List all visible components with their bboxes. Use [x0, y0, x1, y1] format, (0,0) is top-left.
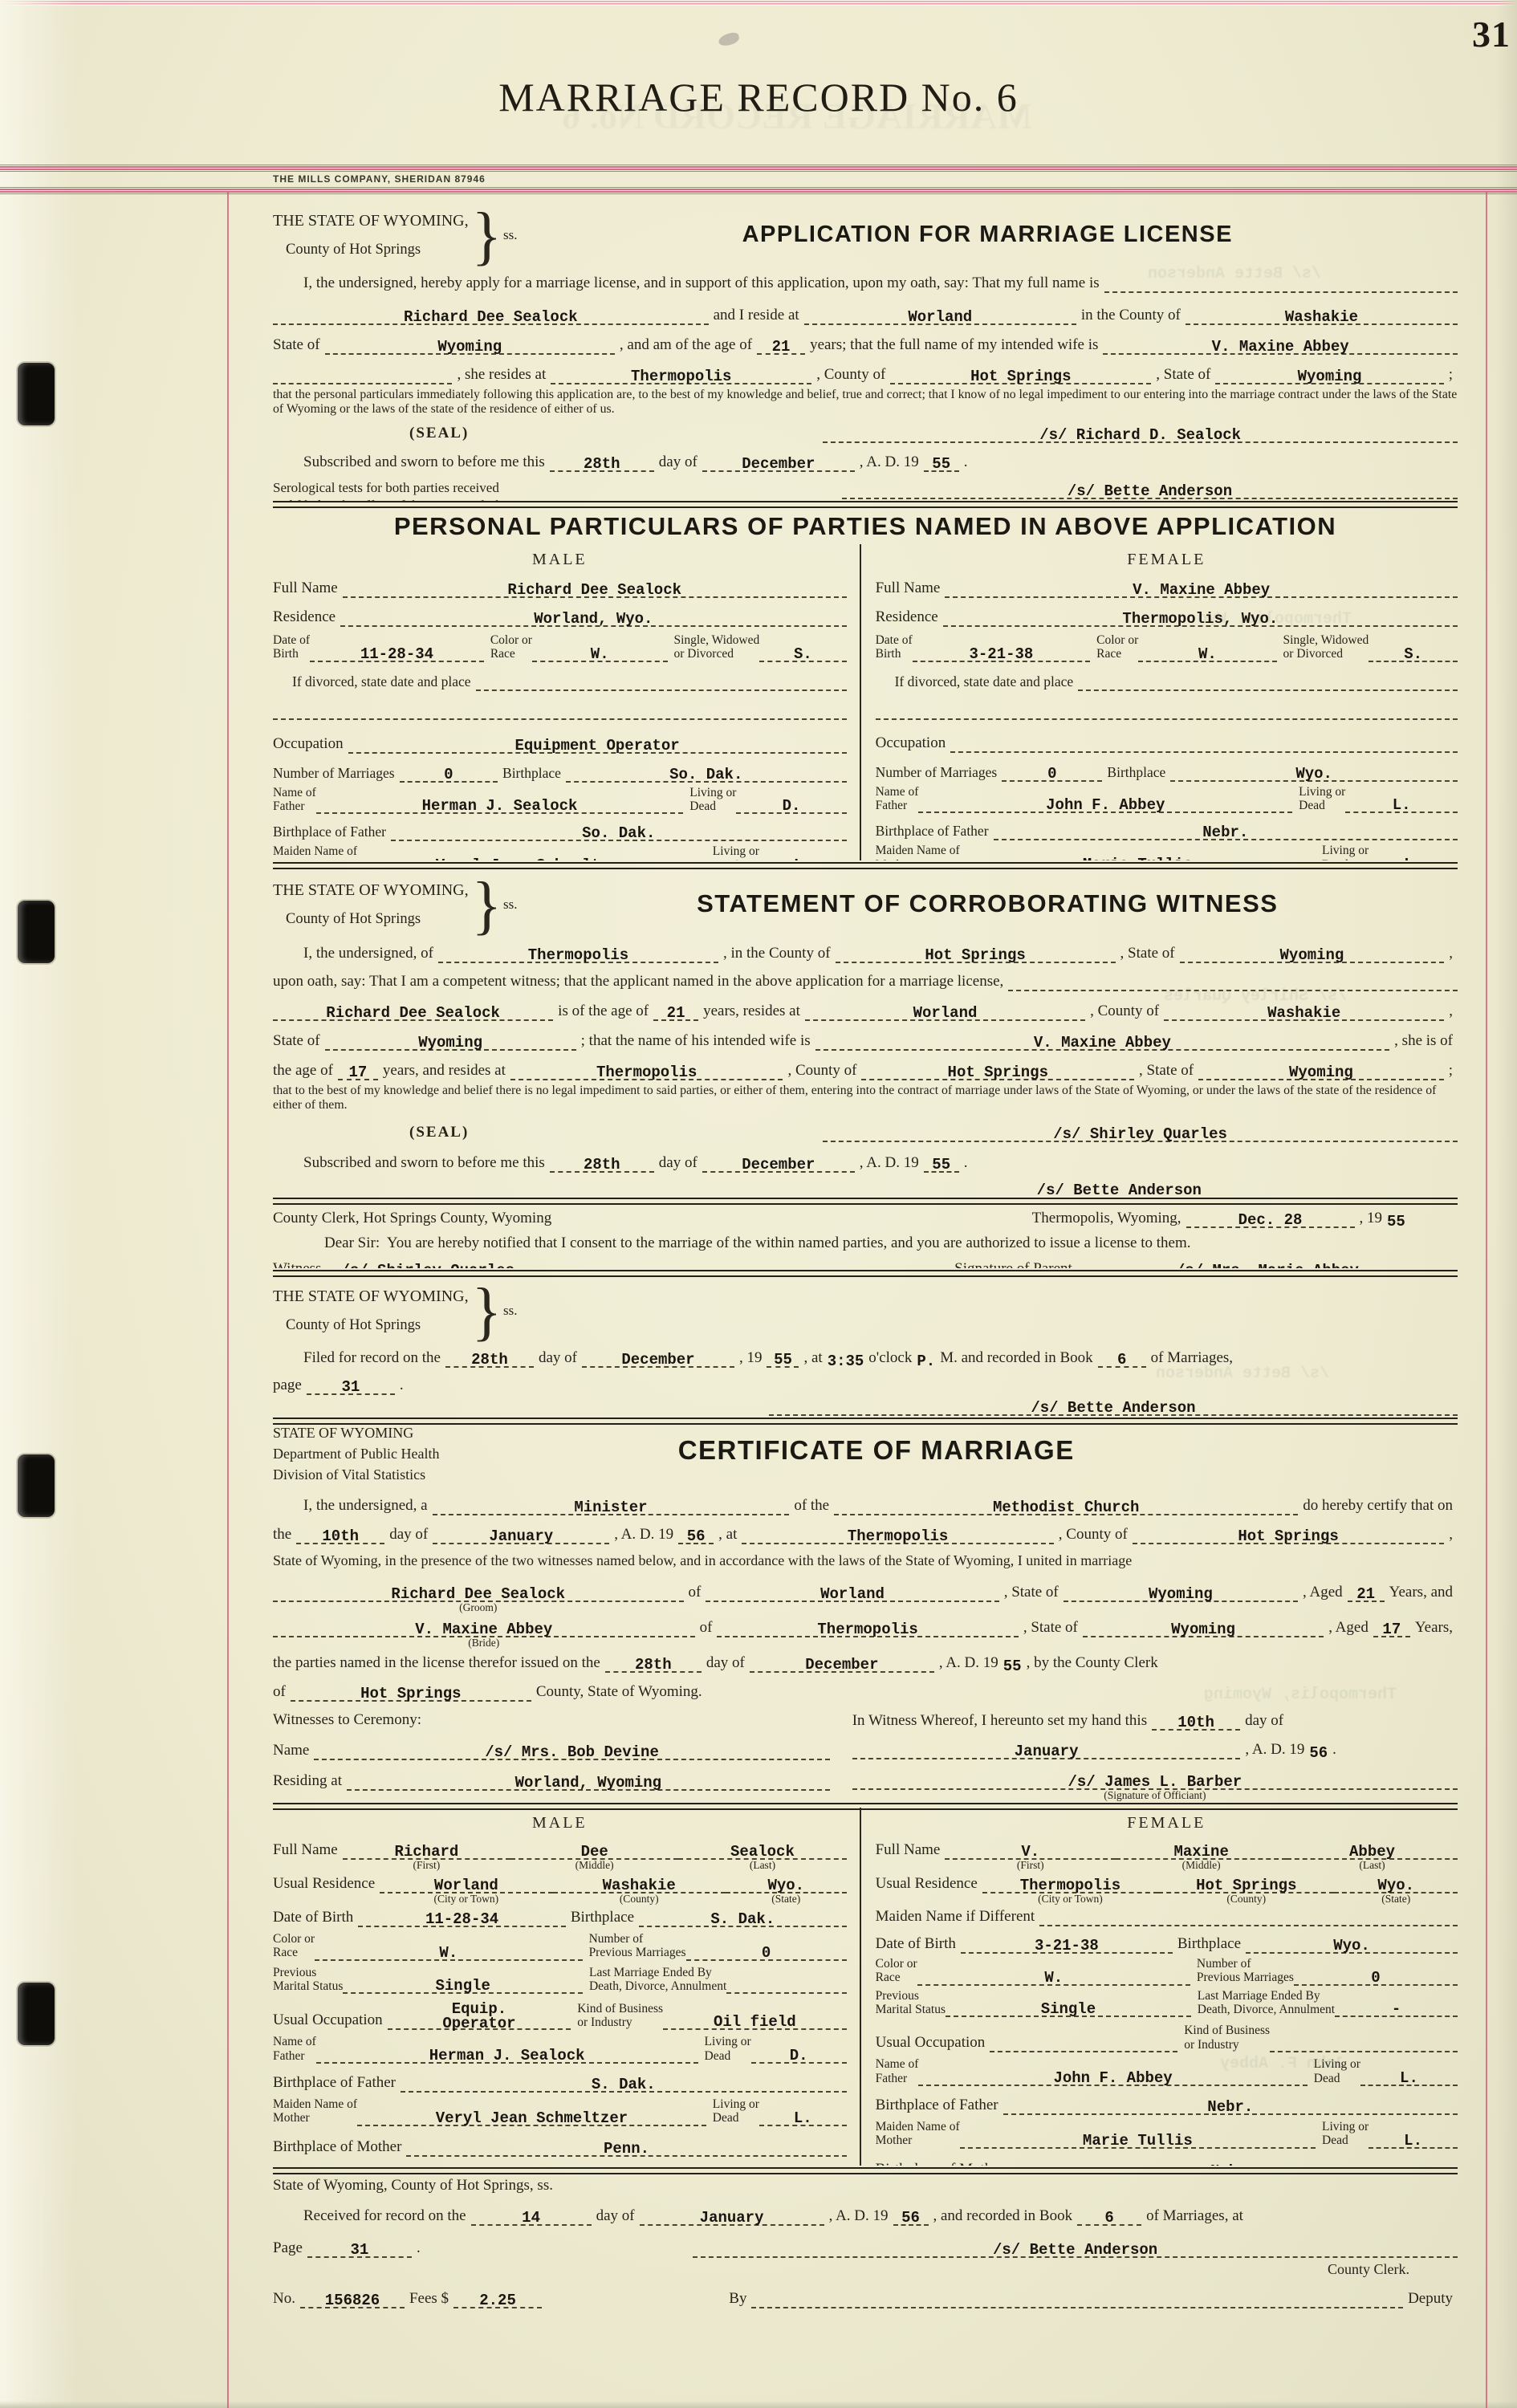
sworn-day-fill: 28th: [550, 453, 654, 472]
filed-year: 55: [774, 1351, 792, 1369]
label-certify: do hereby certify that on: [1303, 1497, 1453, 1515]
m-city: Worland: [434, 1877, 498, 1894]
label-filed: Filed for record on the: [303, 1349, 441, 1368]
label-county-of: , County of: [787, 1062, 856, 1080]
label-single-widowed: Single, Widowedor Divorced: [674, 633, 760, 662]
male-father-ld-fill: D.: [736, 795, 846, 814]
punct-semicolon: ;: [1449, 1062, 1453, 1080]
label-recorded-book: , and recorded in Book: [933, 2207, 1073, 2226]
brace-glyph: }: [472, 1275, 502, 1348]
ceremony-day: 10th: [322, 1527, 359, 1545]
label-day-of: day of: [539, 1349, 577, 1368]
groom-res-fill: Worland: [706, 1583, 998, 1602]
witness-wife-county: Hot Springs: [948, 1064, 1048, 1081]
page-number: 31: [1472, 13, 1511, 55]
label-of-the: of the: [794, 1497, 829, 1515]
received-no-fill: 156826: [300, 2289, 405, 2308]
ceremony-month: January: [489, 1527, 553, 1545]
female-occupation-fill: [950, 743, 1458, 753]
filed-month-fill: December: [582, 1348, 734, 1368]
f-bp-fill: Wyo.: [1246, 1934, 1458, 1954]
male-residence-fill: Worland, Wyo.: [340, 608, 847, 627]
ceremony-county: Hot Springs: [1238, 1527, 1338, 1545]
received-fees: 2.25: [479, 2292, 516, 2309]
ss-abbrev: ss.: [503, 897, 517, 913]
label-of-marriages: of Marriages,: [1151, 1349, 1233, 1368]
sworn-day: 28th: [584, 455, 620, 473]
label-usual-occupation: Usual Occupation: [273, 2011, 383, 2030]
label-name-of-father: Name ofFather: [876, 785, 919, 814]
label-subscribed: Subscribed and sworn to before me this: [303, 454, 545, 472]
filed-page-fill: 31: [307, 1376, 395, 1395]
witness-applicant-res: Worland: [913, 1004, 978, 1022]
caption-county: (County): [1158, 1893, 1334, 1906]
label-kind-business: Kind of Businessor Industry: [577, 2002, 663, 2031]
male-father-ld: D.: [783, 797, 801, 815]
m-middle-fill: Dee(Middle): [510, 1841, 678, 1860]
received-year-fill: 56: [893, 2207, 929, 2226]
f-last-fill: Abbey(Last): [1287, 1841, 1458, 1860]
ss-abbrev: ss.: [503, 227, 517, 243]
blank-fill: [273, 710, 847, 720]
m-business: Oil field: [714, 2013, 796, 2031]
label-at: , at: [803, 1349, 822, 1368]
m-mother: Veryl Jean Schmeltzer: [436, 2109, 628, 2127]
label-of: of: [700, 1619, 713, 1637]
right-margin-line: [1486, 192, 1487, 2408]
punct-period: .: [1332, 1741, 1336, 1759]
label-color-race: Color orRace: [1096, 633, 1138, 662]
left-margin-line: [227, 192, 229, 2408]
female-residence: Thermopolis, Wyo.: [1122, 610, 1278, 628]
groom-age-fill: 21: [1348, 1583, 1385, 1602]
male-occupation-fill: Equipment Operator: [348, 734, 847, 754]
blank-fill: [1104, 283, 1458, 293]
f-father-fill: John F. Abbey: [918, 2067, 1307, 2086]
label-signature-parent: Signature of Parent: [954, 1260, 1072, 1268]
f-ended: -: [1392, 2000, 1401, 2018]
filed-day-fill: 28th: [445, 1348, 534, 1368]
female-fullname-fill: V. Maxine Abbey: [945, 579, 1458, 598]
label-living-dead: Living orDead: [689, 786, 736, 815]
label-full-name: Full Name: [273, 580, 338, 598]
license-county-fill: Hot Springs: [291, 1682, 531, 1702]
label-ad-19: , A. D. 19: [939, 1654, 998, 1673]
female-heading: FEMALE: [876, 1814, 1458, 1832]
wife-name-value: V. Maxine Abbey: [1212, 338, 1349, 356]
jurat-block: THE STATE OF WYOMING, County of Hot Spri…: [273, 199, 518, 271]
wife-county-value: Hot Springs: [970, 368, 1071, 385]
punct-period: .: [400, 1377, 404, 1395]
f-status-fill: Single: [946, 1998, 1191, 2017]
female-father-fill: John F. Abbey: [918, 794, 1292, 813]
binder-hole: [18, 363, 55, 425]
f-dob-fill: 3-21-38: [961, 1934, 1173, 1954]
pencil-smudge: [718, 31, 741, 47]
label-age-of: , and am of the age of: [620, 336, 752, 355]
m-mother-ld: L.: [794, 2109, 812, 2127]
label-birthplace: Birthplace: [1177, 1935, 1241, 1954]
consent-parent-fill: /s/ Mrs. Marie Abbey: [1077, 1259, 1458, 1268]
male-status: S.: [794, 645, 812, 663]
label-ad-19: , A. D. 19: [614, 1526, 673, 1544]
state-heading: THE STATE OF WYOMING,: [273, 1281, 469, 1312]
witness-sworn-month: December: [742, 1156, 815, 1173]
applicant-signature: /s/ Richard D. Sealock: [1039, 426, 1241, 444]
page-title: MARRIAGE RECORD No. 6: [0, 74, 1517, 120]
f-pm-fill: 0: [1294, 1967, 1458, 1986]
label-of: of: [689, 1584, 702, 1602]
consent-date: Dec. 28: [1238, 1211, 1303, 1229]
applicant-name-value: Richard Dee Sealock: [404, 308, 578, 326]
officiant-value: Minister: [574, 1499, 647, 1516]
caption-state: (State): [1334, 1893, 1458, 1906]
witness-signature: /s/ Shirley Quarles: [1053, 1125, 1227, 1143]
f-first-fill: V.(First): [945, 1841, 1116, 1860]
label-birthplace-father: Birthplace of Father: [876, 823, 989, 840]
female-residence-fill: Thermopolis, Wyo.: [943, 608, 1458, 627]
officiant-signature-fill: /s/ James L. Barber(Signature of Officia…: [852, 1771, 1458, 1790]
label-license-issued: the parties named in the license therefo…: [273, 1654, 600, 1673]
filed-book-fill: 6: [1098, 1348, 1146, 1368]
label-county-of: , County of: [1090, 1003, 1159, 1021]
m-status-fill: Single: [343, 1975, 583, 1994]
blank-fill: [1008, 982, 1458, 991]
seal-label: (SEAL): [409, 425, 469, 443]
bride-name-fill: V. Maxine Abbey(Bride): [273, 1618, 695, 1637]
label-residing-at: Residing at: [273, 1772, 342, 1791]
wife-state-fill: Wyoming: [1215, 365, 1443, 384]
received-month: January: [700, 2209, 764, 2227]
consent-body: Dear Sir: You are hereby notified that I…: [324, 1235, 1458, 1253]
clerk-signature: /s/ Bette Anderson: [1068, 482, 1232, 500]
female-mother: Marie Tullis: [1083, 856, 1193, 860]
m-occ-fill: Equip.Operator: [388, 2000, 571, 2030]
witness-applicant-county: Washakie: [1267, 1004, 1340, 1022]
male-heading: MALE: [273, 1814, 847, 1832]
female-divorced-fill: [1078, 681, 1458, 691]
label-full-name: Full Name: [876, 1841, 941, 1860]
label-years-and: Years, and: [1389, 1584, 1453, 1602]
officiant-caption: (Signature of Officiant): [852, 1789, 1458, 1801]
consent-date-fill: Dec. 28: [1186, 1209, 1355, 1228]
label-day-of: day of: [659, 1154, 697, 1173]
county-heading: County of Hot Springs: [273, 236, 469, 264]
received-year: 56: [901, 2209, 920, 2227]
label-intended-wife: years; that the full name of my intended…: [810, 336, 1098, 355]
label-maiden-mother: Maiden Name ofMother: [273, 844, 357, 860]
label-living-dead: Living orDead: [705, 2035, 751, 2064]
label-dob: Date of Birth: [876, 1935, 956, 1954]
label-no: No.: [273, 2290, 295, 2308]
printer-imprint: THE MILLS COMPANY, SHERIDAN 87946: [273, 173, 486, 185]
license-month-fill: December: [750, 1653, 934, 1673]
groom-name-fill: Richard Dee Sealock(Groom): [273, 1583, 684, 1602]
bride-caption: (Bride): [273, 1637, 695, 1649]
m-last-fill: Sealock(Last): [678, 1841, 846, 1860]
stripe-band: [0, 165, 1517, 172]
m-mother-bp-fill: Penn.: [406, 2138, 846, 2157]
f-county: Hot Springs: [1196, 1877, 1296, 1894]
m-race-fill: W.: [315, 1942, 582, 1961]
label-oclock: o'clock: [868, 1349, 912, 1368]
witness-wife-name: V. Maxine Abbey: [1034, 1034, 1171, 1051]
section-witness-statement: THE STATE OF WYOMING, County of Hot Spri…: [273, 868, 1458, 1196]
right-page-edge: [1496, 0, 1517, 2408]
label-county-of: , County of: [1059, 1526, 1128, 1544]
county-value: Washakie: [1285, 308, 1358, 326]
female-race-fill: W.: [1138, 643, 1276, 662]
label-color-race: Color orRace: [273, 1932, 315, 1961]
clerk-signature-fill: /s/ Bette Anderson: [769, 1397, 1458, 1416]
label-full-name: Full Name: [273, 1841, 338, 1860]
label-prev-marriages: Number ofPrevious Marriages: [589, 1932, 686, 1961]
officiant-fill: Minister: [433, 1496, 790, 1515]
received-day-fill: 14: [471, 2207, 592, 2226]
witnesses-heading: Witnesses to Ceremony:: [273, 1711, 830, 1730]
officiant-column: In Witness Whereof, I hereunto set my ha…: [830, 1711, 1458, 1801]
label-dob: Date of Birth: [273, 1909, 353, 1927]
witness-sworn-year-fill: 55: [924, 1153, 959, 1173]
label-birthplace-mother: Birthplace of Mother: [273, 2138, 401, 2157]
bride-age-fill: 17: [1373, 1618, 1410, 1637]
label-name-of-father: Name ofFather: [273, 2035, 316, 2064]
male-marriages: 0: [444, 766, 453, 783]
female-status: S.: [1404, 645, 1422, 663]
label-color-race: Color orRace: [490, 633, 532, 662]
label-day-of: day of: [596, 2207, 635, 2226]
m-ended-fill: [726, 1984, 846, 1994]
received-page: 31: [351, 2241, 369, 2259]
consent-parent-signature: /s/ Mrs. Marie Abbey: [1176, 1262, 1359, 1268]
m-prev-marriages: 0: [762, 1944, 771, 1962]
female-father-ld-fill: L.: [1345, 794, 1458, 813]
label-name-of-father: Name ofFather: [876, 2057, 919, 2086]
label-aged: , Aged: [1328, 1619, 1369, 1637]
filed-year-fill: 55: [767, 1348, 799, 1368]
male-mother: Veryl June Schmeltzer: [436, 856, 628, 860]
clerk-signature-fill: /s/ Bette Anderson: [781, 1179, 1458, 1196]
wife-residence-fill: Thermopolis: [551, 365, 811, 384]
f-first: V.: [1021, 1843, 1039, 1861]
page-top-edge-stripes: [0, 0, 1517, 6]
state-heading: THE STATE OF WYOMING,: [273, 875, 469, 905]
brace-glyph: }: [472, 868, 502, 942]
residence-fill: Worland: [804, 306, 1076, 325]
ceremony-day-fill: 10th: [296, 1525, 384, 1544]
label-received: Received for record on the: [303, 2207, 466, 2226]
caption-state: (State): [726, 1893, 847, 1906]
witness-wage-fill: 17: [338, 1061, 378, 1080]
deputy-label: Deputy: [1408, 2290, 1453, 2308]
female-mother-ld-fill: L.: [1369, 853, 1458, 860]
filed-time: 3:35: [828, 1352, 864, 1370]
f-state: Wyo.: [1377, 1877, 1414, 1894]
witness-applicant-age: 21: [667, 1004, 685, 1022]
witness1-residence: Worland, Wyoming: [515, 1774, 661, 1792]
male-occupation: Equipment Operator: [514, 737, 679, 755]
witness1-name-fill: /s/ Mrs. Bob Devine: [314, 1741, 829, 1760]
label-living-dead: Living orDead: [1314, 2057, 1360, 2086]
m-father-ld: D.: [790, 2047, 808, 2064]
particulars-male-column: MALE Full NameRichard Dee Sealock Reside…: [273, 544, 860, 860]
m-pm-fill: 0: [686, 1942, 847, 1961]
label-usual-residence: Usual Residence: [876, 1875, 978, 1893]
label-birthplace-father: Birthplace of Father: [273, 2074, 396, 2093]
section-particulars: PERSONAL PARTICULARS OF PARTIES NAMED IN…: [273, 507, 1458, 860]
label-state-of: State of: [273, 336, 320, 355]
f-middle: Maxine: [1173, 1843, 1228, 1861]
label-day-of: day of: [706, 1654, 745, 1673]
m-first: Richard: [394, 1843, 458, 1861]
label-living-dead: Living orDead: [1322, 2120, 1369, 2149]
male-birthplace-fill: So. Dak.: [566, 763, 847, 783]
male-father-bp-fill: So. Dak.: [391, 822, 847, 841]
label-if-divorced: If divorced, state date and place: [895, 673, 1074, 691]
male-status-fill: S.: [759, 643, 846, 662]
application-heading: APPLICATION FOR MARRIAGE LICENSE: [742, 222, 1233, 247]
male-mother-ld: L.: [794, 856, 812, 860]
m-mother-ld-fill: L.: [759, 2107, 847, 2126]
sworn-year-fill: 55: [924, 453, 959, 472]
label-usual-occupation: Usual Occupation: [876, 2034, 986, 2052]
f-father-bp: Nebr.: [1207, 2098, 1253, 2116]
stats-male-column: MALE Full Name Richard(First) Dee(Middle…: [273, 1808, 860, 2166]
clerk-signature: /s/ Bette Anderson: [993, 2241, 1157, 2259]
f-mother-ld-fill: L.: [1369, 2129, 1458, 2149]
label-recorded-book: M. and recorded in Book: [940, 1349, 1092, 1368]
left-page-edge: [0, 0, 76, 2408]
witness-wife-fill: V. Maxine Abbey: [815, 1031, 1390, 1051]
label-prev-marriages: Number ofPrevious Marriages: [1197, 1957, 1294, 1986]
witness-sworn-day-fill: 28th: [550, 1153, 654, 1173]
witness-rescounty-fill: Washakie: [1164, 1002, 1444, 1021]
punct-comma: ,: [1449, 1526, 1453, 1544]
hand-month: January: [1015, 1743, 1079, 1760]
clerk-signature: /s/ Bette Anderson: [1037, 1182, 1202, 1196]
male-father: Herman J. Sealock: [422, 797, 578, 815]
hand-year: 56: [1309, 1744, 1328, 1762]
male-father-fill: Herman J. Sealock: [316, 795, 683, 814]
witness-county: Hot Springs: [925, 946, 1025, 964]
section-certificate: STATE OF WYOMING Department of Public He…: [273, 1422, 1458, 1801]
label-date-of-birth: Date ofBirth: [273, 633, 310, 662]
male-race-fill: W.: [532, 643, 668, 662]
blank-fill: [273, 375, 452, 384]
binder-hole: [18, 1983, 55, 2045]
label-witness: Witness: [273, 1260, 321, 1268]
female-marriages-fill: 0: [1002, 763, 1102, 782]
consent-witness-signature: /s/ Shirley Quarles: [340, 1262, 514, 1268]
f-occ-fill: [990, 2043, 1177, 2052]
bride-residence: Thermopolis: [817, 1621, 917, 1638]
witness-heading: STATEMENT OF CORROBORATING WITNESS: [697, 889, 1278, 917]
label-page: page: [273, 1377, 302, 1395]
binder-hole: [18, 1454, 55, 1517]
m-bp-fill: S. Dak.: [639, 1908, 847, 1927]
seal-label: (SEAL): [409, 1124, 469, 1142]
section-filing: THE STATE OF WYOMING, County of Hot Spri…: [273, 1275, 1458, 1418]
female-birthplace: Wyo.: [1295, 765, 1332, 783]
clerk-signature-fill: /s/ Bette Anderson: [842, 480, 1458, 499]
punct-comma: ,: [1449, 945, 1453, 963]
section-application: THE STATE OF WYOMING, County of Hot Spri…: [273, 199, 1458, 501]
witness-applicant-state: Wyoming: [418, 1034, 482, 1051]
m-dob: 11-28-34: [425, 1910, 498, 1928]
label-ad-19: , A. D. 19: [1245, 1741, 1304, 1759]
ceremony-place-fill: Thermopolis: [742, 1525, 1053, 1544]
witness-res-fill: Worland: [805, 1002, 1085, 1021]
m-status: Single: [435, 1977, 490, 1995]
label-county-of: , in the County of: [723, 945, 831, 963]
m-first-fill: Richard(First): [343, 1841, 510, 1860]
label-maiden-mother: Maiden Name ofMother: [273, 2097, 357, 2126]
section-vital-statistics: MALE Full Name Richard(First) Dee(Middle…: [273, 1808, 1458, 2166]
ss-abbrev: ss.: [503, 1303, 517, 1319]
label-occupation: Occupation: [273, 735, 344, 754]
male-birthplace: So. Dak.: [669, 766, 742, 783]
received-page-fill: 31: [307, 2239, 412, 2258]
label-ad-19: , A. D. 19: [829, 2207, 889, 2226]
label-of: of: [273, 1683, 286, 1702]
section-received: State of Wyoming, County of Hot Springs,…: [273, 2177, 1458, 2337]
filed-book: 6: [1117, 1351, 1126, 1369]
applicant-signature-fill: /s/ Richard D. Sealock: [823, 424, 1458, 443]
m-mother-bp: Penn.: [604, 2140, 649, 2158]
received-month-fill: January: [640, 2207, 824, 2226]
male-dob-fill: 11-28-34: [310, 643, 484, 662]
witness-town: Thermopolis: [528, 946, 628, 964]
blank-fill: [876, 710, 1458, 720]
f-prev-marriages: 0: [1371, 1969, 1380, 1987]
male-dob: 11-28-34: [360, 645, 433, 663]
age-value: 21: [772, 338, 791, 356]
m-father-bp: S. Dak.: [592, 2076, 656, 2093]
by-label: By: [729, 2290, 746, 2308]
label-in-witness: In Witness Whereof, I hereunto set my ha…: [852, 1712, 1147, 1731]
m-county-fill: Washakie(County): [553, 1874, 726, 1893]
label-day-of: day of: [1245, 1712, 1283, 1731]
f-ended-fill: -: [1335, 1998, 1458, 2017]
label-fees: Fees $: [409, 2290, 449, 2308]
wife-residence-value: Thermopolis: [631, 368, 731, 385]
label-birthplace: Birthplace: [571, 1909, 634, 1927]
label-subscribed: Subscribed and sworn to before me this: [303, 1154, 545, 1173]
groom-age: 21: [1356, 1585, 1375, 1603]
label-maiden-if-different: Maiden Name if Different: [876, 1908, 1035, 1926]
label-usual-residence: Usual Residence: [273, 1875, 375, 1893]
witness-sworn-month-fill: December: [702, 1153, 855, 1173]
label-page: Page: [273, 2239, 303, 2258]
label-prev-status: PreviousMarital Status: [876, 1989, 946, 2018]
male-mother-fill: Veryl June Schmeltzer: [357, 854, 706, 860]
state-fill: Wyoming: [325, 336, 615, 355]
label-residence: Residence: [876, 608, 938, 627]
m-father-bp-fill: S. Dak.: [401, 2073, 847, 2093]
hand-day-fill: 10th: [1152, 1711, 1240, 1731]
filed-page: 31: [341, 1378, 360, 1396]
f-county-fill: Hot Springs(County): [1158, 1874, 1334, 1893]
m-middle: Dee: [581, 1843, 608, 1861]
label-last-marriage: Last Marriage Ended ByDeath, Divorce, An…: [589, 1966, 726, 1995]
label-birthplace-mother: Birthplace of Mother: [876, 2161, 1004, 2166]
m-state-fill: Wyo.(State): [726, 1874, 847, 1893]
male-fullname-fill: Richard Dee Sealock: [343, 579, 847, 598]
label-by-clerk: , by the County Clerk: [1027, 1654, 1158, 1673]
license-day-fill: 28th: [605, 1653, 702, 1673]
witness-wcounty-fill: Hot Springs: [861, 1061, 1134, 1080]
witness-wstate-fill: Wyoming: [1198, 1061, 1444, 1080]
